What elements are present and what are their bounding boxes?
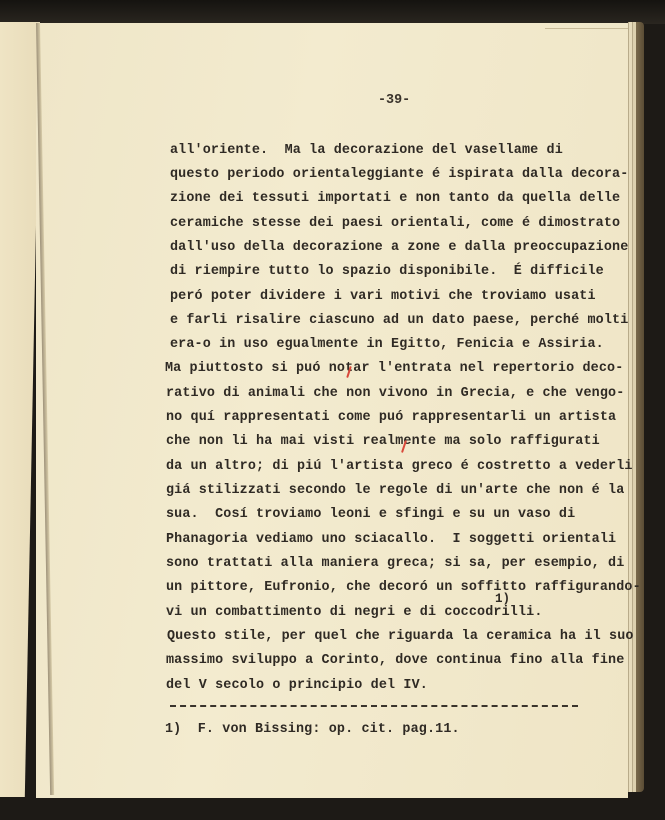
body-line: e farli risalire ciascuno ad un dato pae… xyxy=(170,313,628,329)
body-line: questo periodo orientaleggiante é ispira… xyxy=(170,167,628,183)
body-line: zione dei tessuti importati e non tanto … xyxy=(170,191,620,207)
book-cover-edge xyxy=(636,22,644,792)
footnote: 1) F. von Bissing: op. cit. pag.11. xyxy=(165,722,460,738)
body-line: vi un combattimento di negri e di coccod… xyxy=(166,605,543,621)
body-line: all'oriente. Ma la decorazione del vasel… xyxy=(170,143,563,159)
body-line: rativo di animali che non vivono in Grec… xyxy=(166,386,624,402)
body-line: giá stilizzati secondo le regole di un'a… xyxy=(166,483,624,499)
body-line: massimo sviluppo a Corinto, dove continu… xyxy=(166,653,624,669)
footnote-reference: 1) xyxy=(495,592,510,606)
body-line: no quí rappresentati come puó rappresent… xyxy=(166,410,616,426)
body-line: di riempire tutto lo spazio disponibile.… xyxy=(170,264,604,280)
body-line: sono trattati alla maniera greca; si sa,… xyxy=(166,556,624,572)
body-line: Questo stile, per quel che riguarda la c… xyxy=(167,629,634,645)
body-line: da un altro; di piú l'artista greco é co… xyxy=(166,459,633,475)
page-number: -39- xyxy=(378,93,410,108)
body-line: dall'uso della decorazione a zone e dall… xyxy=(170,240,628,256)
body-line: un pittore, Eufronio, che decoró un soff… xyxy=(166,580,641,596)
body-line: del V secolo o principio del IV. xyxy=(166,678,428,694)
body-line: era-o in uso egualmente in Egitto, Fenic… xyxy=(170,337,604,353)
body-line: peró poter dividere i vari motivi che tr… xyxy=(170,289,596,305)
body-line: ceramiche stesse dei paesi orientali, co… xyxy=(170,216,620,232)
body-line: Ma piuttosto si puó notar l'entrata nel … xyxy=(165,361,623,377)
footnote-separator xyxy=(170,705,578,707)
scanner-top-shadow xyxy=(0,0,665,24)
body-line: che non li ha mai visti realmente ma sol… xyxy=(166,434,600,450)
body-line: Phanagoria vediamo uno sciacallo. I sogg… xyxy=(166,532,616,548)
left-facing-page-edge xyxy=(0,22,40,797)
body-line: sua. Cosí troviamo leoni e sfingi e su u… xyxy=(166,507,575,523)
page-edge-line xyxy=(545,28,628,29)
